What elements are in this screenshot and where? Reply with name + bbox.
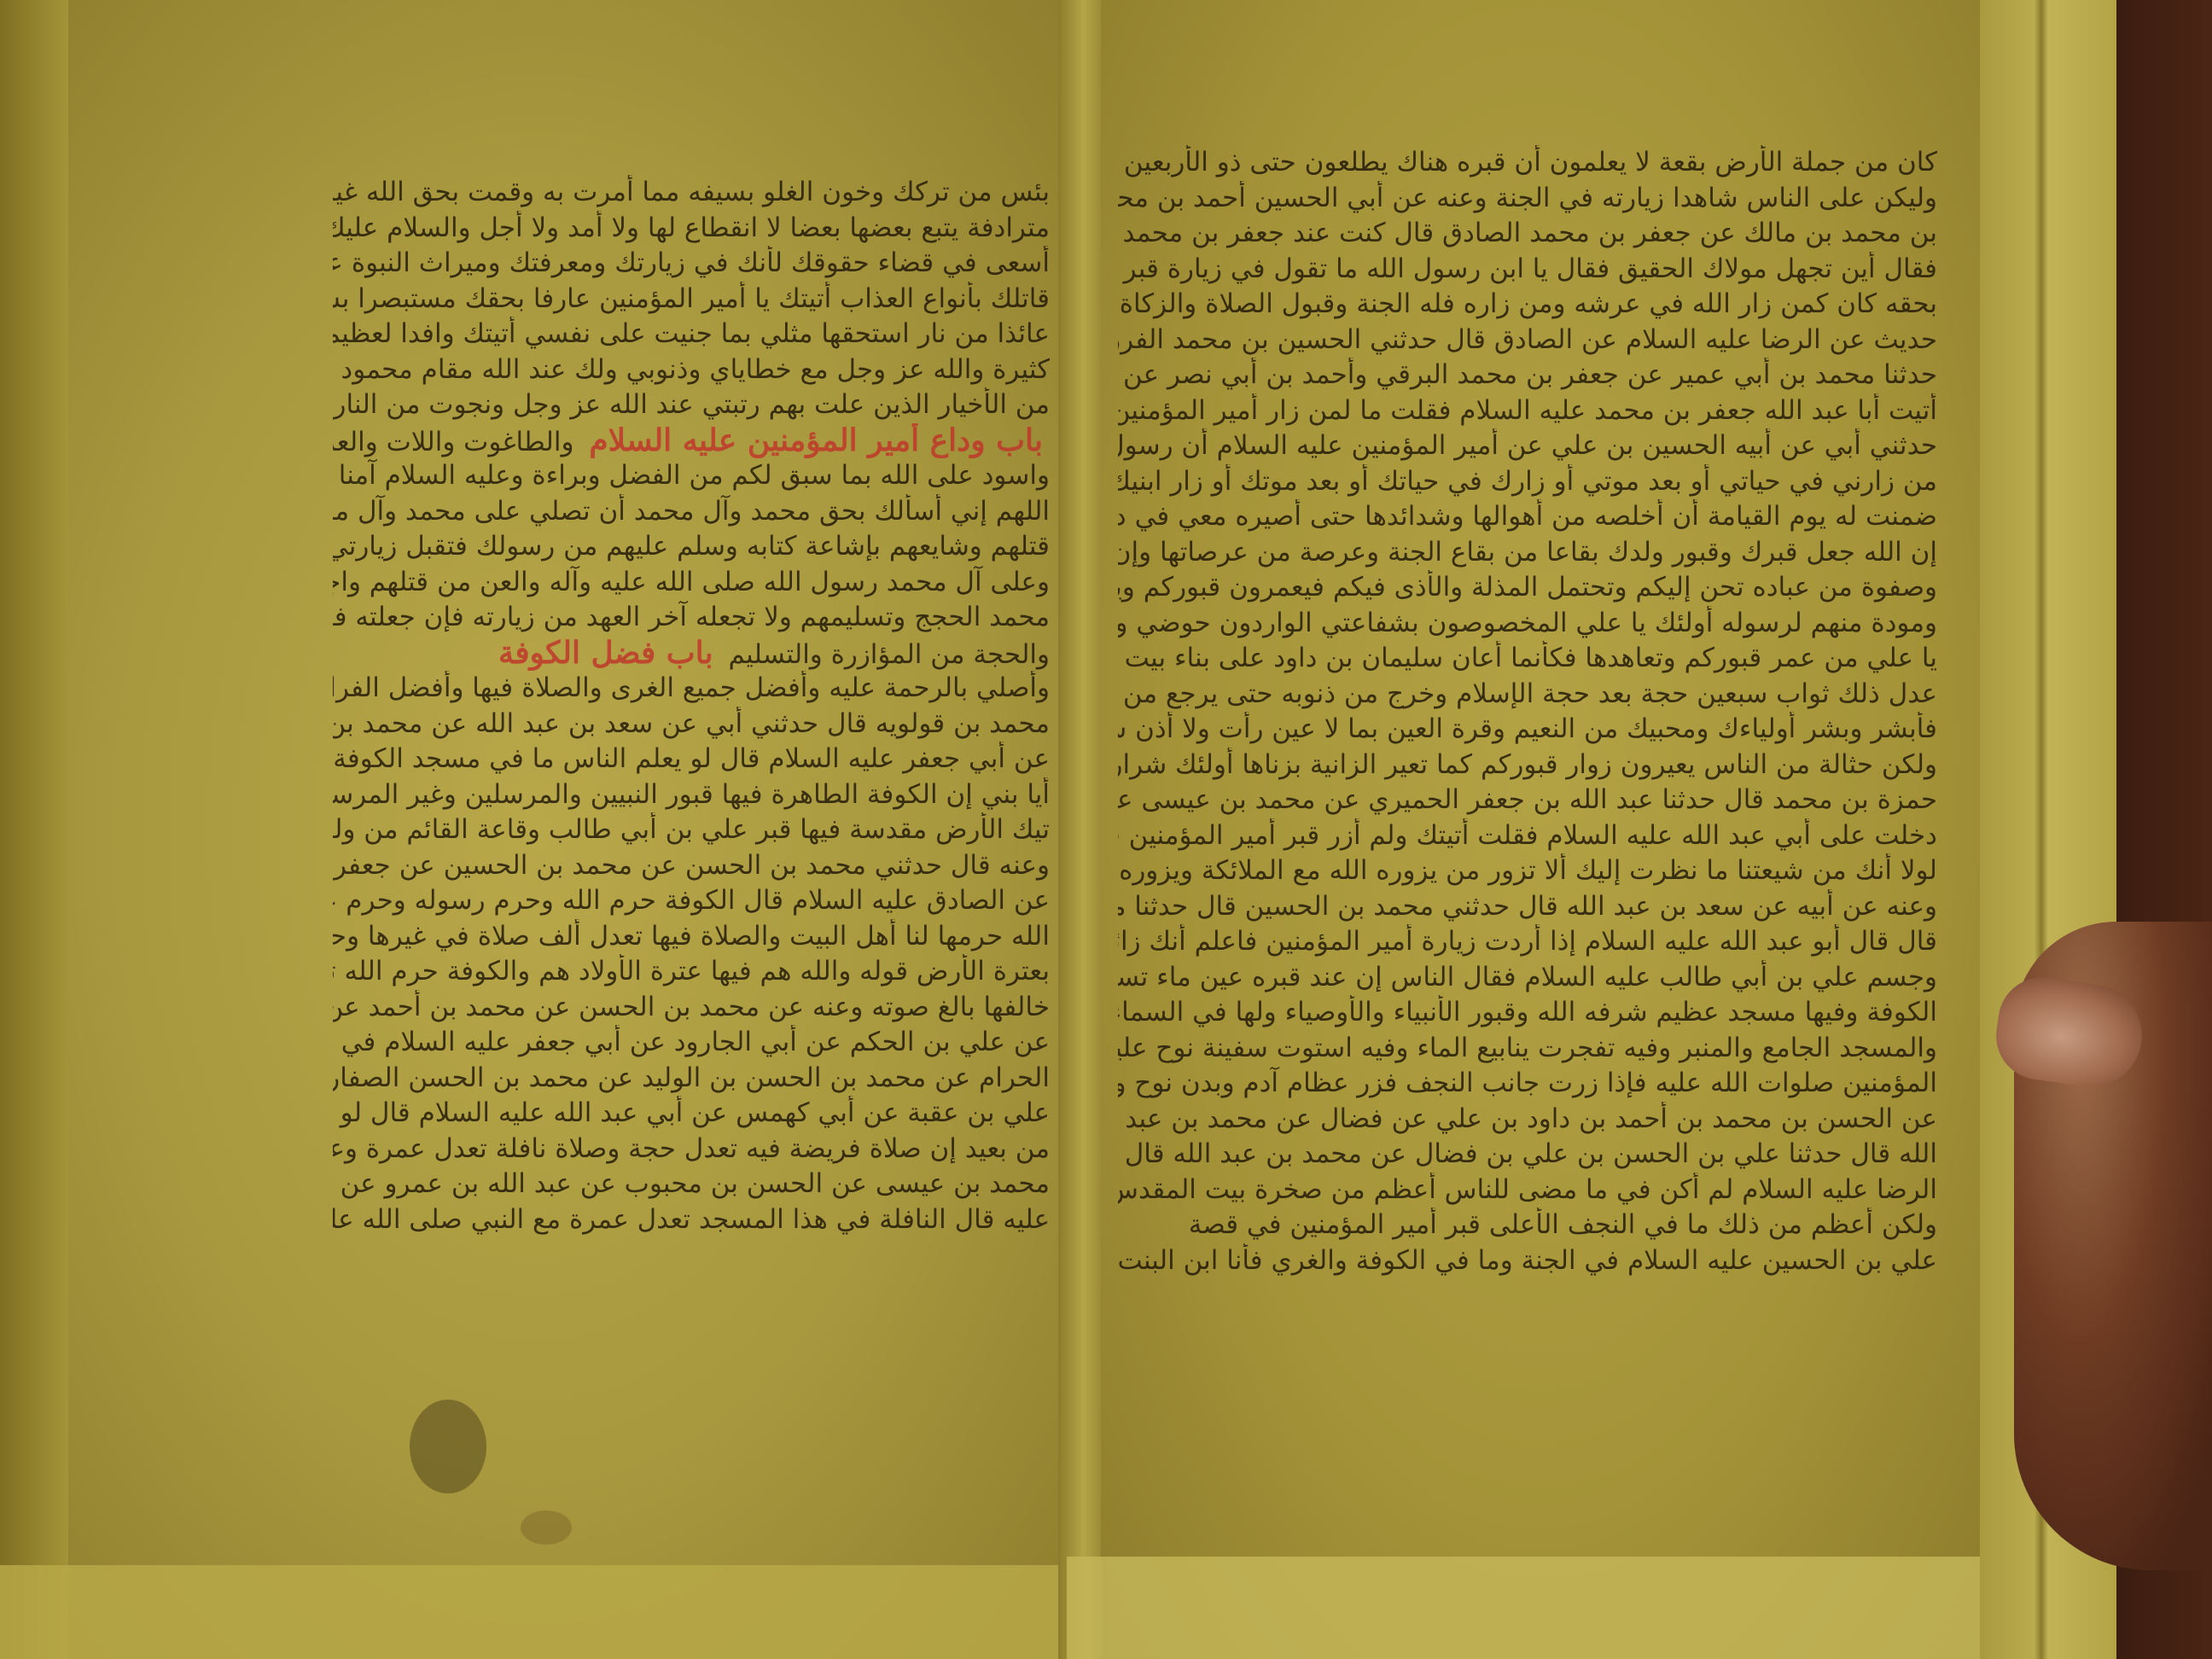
- text-line: من الأخيار الذين علت بهم رتبتي عند الله …: [333, 387, 1050, 423]
- text-line: وعنه عن أبيه عن سعد بن عبد الله قال حدثن…: [1118, 889, 1937, 925]
- text-line: وعلى آل محمد رسول الله صلى الله عليه وآل…: [333, 565, 1050, 601]
- text-line: قتلهم وشايعهم بإشاعة كتابه وسلم عليهم من…: [333, 529, 1050, 565]
- text-line: محمد بن قولويه قال حدثني أبي عن سعد بن ع…: [333, 707, 1050, 742]
- text-line: خالفها بالغ صوته وعنه عن محمد بن الحسن ع…: [333, 990, 1050, 1026]
- text-line: محمد بن عيسى عن الحسن بن محبوب عن عبد ال…: [333, 1167, 1050, 1202]
- text-line: وعنه قال حدثني محمد بن الحسن عن محمد بن …: [333, 848, 1050, 884]
- text-line: قاتلك بأنواع العذاب أتيتك يا أمير المؤمن…: [333, 282, 1050, 317]
- text-line: عائذا من نار استحقها مثلي بما جنيت على ن…: [333, 317, 1050, 352]
- text-line: بن محمد بن مالك عن جعفر بن محمد الصادق ق…: [1118, 216, 1937, 252]
- text-line: الكوفة وفيها مسجد عظيم شرفه الله وقبور ا…: [1118, 995, 1937, 1031]
- text-fragment: والحجة من المؤازرة والتسليم: [728, 639, 1050, 670]
- text-line: واسود على الله بما سبق لكم من الفضل وبرا…: [333, 458, 1050, 494]
- right-page-bottom-margin: [1067, 1557, 1980, 1659]
- text-line: الرضا عليه السلام لم أكن في ما مضى للناس…: [1118, 1173, 1937, 1208]
- text-line: حدثنا محمد بن أبي عمير عن جعفر بن محمد ا…: [1118, 358, 1937, 393]
- ink-stain: [521, 1511, 572, 1545]
- text-line-with-rubric: باب وداع أمير المؤمنين عليه السلام والطا…: [333, 423, 1050, 459]
- text-line: عن علي بن الحكم عن أبي الجارود عن أبي جع…: [333, 1025, 1050, 1061]
- text-line: مترادفة يتبع بعضها بعضا لا انقطاع لها ول…: [333, 211, 1050, 247]
- text-line: دخلت على أبي عبد الله عليه السلام فقلت أ…: [1118, 818, 1937, 854]
- rubric-heading-kufa: باب فضل الكوفة: [498, 636, 713, 671]
- text-line: كان من جملة الأرض بقعة لا يعلمون أن قبره…: [1118, 145, 1937, 181]
- text-line: إن الله جعل قبرك وقبور ولدك بقاعا من بقا…: [1118, 535, 1937, 571]
- text-line: عدل ذلك ثواب سبعين حجة بعد حجة الإسلام و…: [1118, 677, 1937, 713]
- right-page-text: كان من جملة الأرض بقعة لا يعلمون أن قبره…: [1118, 145, 1937, 1511]
- left-page-edge: [0, 0, 68, 1659]
- text-line: لولا أنك من شيعتنا ما نظرت إليك ألا تزور…: [1118, 853, 1937, 889]
- text-line: ولكن حثالة من الناس يعيرون زوار قبوركم ك…: [1118, 748, 1937, 783]
- text-line: بحقه كان كمن زار الله في عرشه ومن زاره ف…: [1118, 287, 1937, 323]
- text-line: وليكن على الناس شاهدا زيارته في الجنة وع…: [1118, 181, 1937, 217]
- text-line: علي بن الحسين عليه السلام في الجنة وما ف…: [1118, 1243, 1937, 1279]
- text-line: من بعيد إن صلاة فريضة فيه تعدل حجة وصلاة…: [333, 1132, 1050, 1167]
- left-page-text: بئس من تركك وخون الغلو بسيفه مما أمرت به…: [333, 175, 1050, 1506]
- text-line: عليه قال النافلة في هذا المسجد تعدل عمرة…: [333, 1202, 1050, 1238]
- text-line: عن الحسن بن محمد بن أحمد بن داود بن علي …: [1118, 1102, 1937, 1138]
- text-line: يا علي من عمر قبوركم وتعاهدها فكأنما أعا…: [1118, 641, 1937, 677]
- text-line: عن أبي جعفر عليه السلام قال لو يعلم النا…: [333, 742, 1050, 777]
- text-line: من زارني في حياتي أو بعد موتي أو زارك في…: [1118, 464, 1937, 500]
- rubric-heading-farewell: باب وداع أمير المؤمنين عليه السلام: [589, 423, 1043, 458]
- text-line: وجسم علي بن أبي طالب عليه السلام فقال ال…: [1118, 960, 1937, 996]
- text-line: اللهم إني أسألك بحق محمد وآل محمد أن تصل…: [333, 494, 1050, 530]
- text-line: الحرام عن محمد بن الحسن بن الوليد عن محم…: [333, 1061, 1050, 1097]
- text-line: الله حرمها لنا أهل البيت والصلاة فيها تع…: [333, 919, 1050, 955]
- text-line: أسعى في قضاء حقوقك لأنك في زيارتك ومعرفت…: [333, 246, 1050, 282]
- text-line: فأبشر وبشر أولياءك ومحبيك من النعيم وقرة…: [1118, 712, 1937, 748]
- text-line: الله قال حدثنا علي بن الحسن بن علي بن فض…: [1118, 1137, 1937, 1173]
- text-line: حمزة بن محمد قال حدثنا عبد الله بن جعفر …: [1118, 783, 1937, 818]
- text-line: ومودة منهم لرسوله أولئك يا علي المخصوصون…: [1118, 606, 1937, 642]
- text-line: بئس من تركك وخون الغلو بسيفه مما أمرت به…: [333, 175, 1050, 211]
- text-line: وصفوة من عباده تحن إليكم وتحتمل المذلة و…: [1118, 570, 1937, 606]
- text-line: تيك الأرض مقدسة فيها قبر علي بن أبي طالب…: [333, 812, 1050, 848]
- text-line: علي بن عقبة عن أبي كهمس عن أبي عبد الله …: [333, 1096, 1050, 1132]
- left-page-bottom-margin: [0, 1565, 1071, 1659]
- text-line: المؤمنين صلوات الله عليه فإذا زرت جانب ا…: [1118, 1066, 1937, 1102]
- text-line-with-rubric: والحجة من المؤازرة والتسليم باب فضل الكو…: [333, 636, 1050, 672]
- text-line: محمد الحجج وتسليمهم ولا تجعله آخر العهد …: [333, 600, 1050, 636]
- text-line: ضمنت له يوم القيامة أن أخلصه من أهوالها …: [1118, 499, 1937, 535]
- text-line: أيا بني إن الكوفة الطاهرة فيها قبور النب…: [333, 777, 1050, 813]
- text-line: والمسجد الجامع والمنبر وفيه تفجرت ينابيع…: [1118, 1031, 1937, 1067]
- text-line: بعترة الأرض قوله والله هم فيها عترة الأو…: [333, 954, 1050, 990]
- text-line: حديث عن الرضا عليه السلام عن الصادق قال …: [1118, 323, 1937, 358]
- text-line: وأصلي بالرحمة عليه وأفضل جميع الغرى والص…: [333, 671, 1050, 707]
- text-line: حدثني أبي عن أبيه الحسين بن علي عن أمير …: [1118, 428, 1937, 464]
- text-line: قال قال أبو عبد الله عليه السلام إذا أرد…: [1118, 924, 1937, 960]
- text-line: كثيرة والله عز وجل مع خطاياي وذنوبي ولك …: [333, 352, 1050, 388]
- text-line: ولكن أعظم من ذلك ما في النجف الأعلى قبر …: [1118, 1208, 1937, 1243]
- text-fragment: والطاغوت واللات والعزى: [333, 427, 573, 457]
- text-line: عن الصادق عليه السلام قال الكوفة حرم الل…: [333, 883, 1050, 919]
- text-line: فقال أين تجهل مولاك الحقيق فقال يا ابن ر…: [1118, 252, 1937, 288]
- text-line: أتيت أبا عبد الله جعفر بن محمد عليه السل…: [1118, 393, 1937, 429]
